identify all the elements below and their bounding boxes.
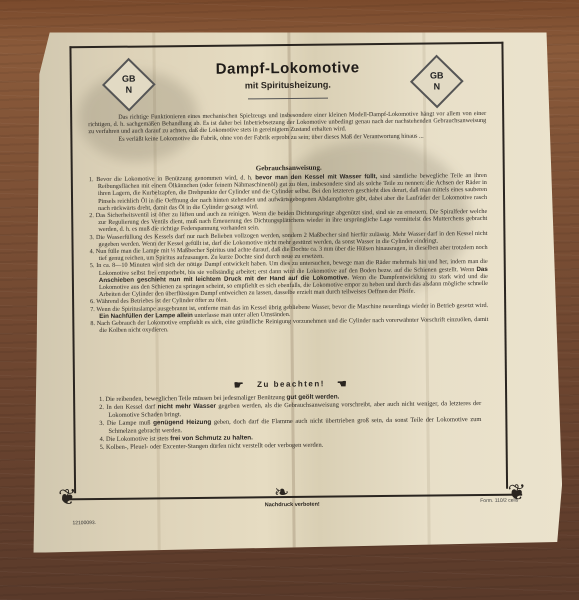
item-text: In den Kessel darf [106, 403, 157, 411]
pointing-hand-left-icon: ☚ [337, 377, 349, 390]
intro-text: Das richtige Funktionieren eines mechani… [88, 110, 486, 143]
item-text: Die Lokomotive ist stets [106, 435, 170, 443]
item-emphasis: frei von Schmutz zu halten. [170, 434, 253, 442]
item-emphasis: genügend Heizung [153, 419, 211, 427]
form-number: Form. 110/2 cells [480, 498, 518, 504]
instruction-sheet: ❦ ❦ ❧ GBN GBN Dampf-Lokomotive mit Spiri… [17, 27, 562, 553]
item-text: Die Lampe muß [107, 419, 153, 426]
item-emphasis: nicht mehr Wasser [158, 403, 216, 411]
instruction-item: 5. In ca. 8—10 Minuten wird sich der nöt… [90, 258, 488, 298]
item-emphasis: gut geölt werden. [286, 393, 339, 401]
instruction-item: 1. Bevor die Lokomotive in Benützung gen… [89, 172, 487, 212]
notes-list: 1. Die reibenden, beweglichen Teile müss… [99, 392, 482, 452]
print-number: 12100093. [72, 520, 96, 526]
flourish-ornament-center: ❧ [274, 482, 289, 503]
item-text: Kolben-, Pleuel- oder Excenter-Stangen d… [106, 442, 323, 451]
pointing-hand-right-icon: ☛ [234, 378, 246, 391]
notice-heading-text: Zu beachten! [257, 379, 325, 389]
instructions-list: 1. Bevor die Lokomotive in Benützung gen… [89, 172, 489, 335]
